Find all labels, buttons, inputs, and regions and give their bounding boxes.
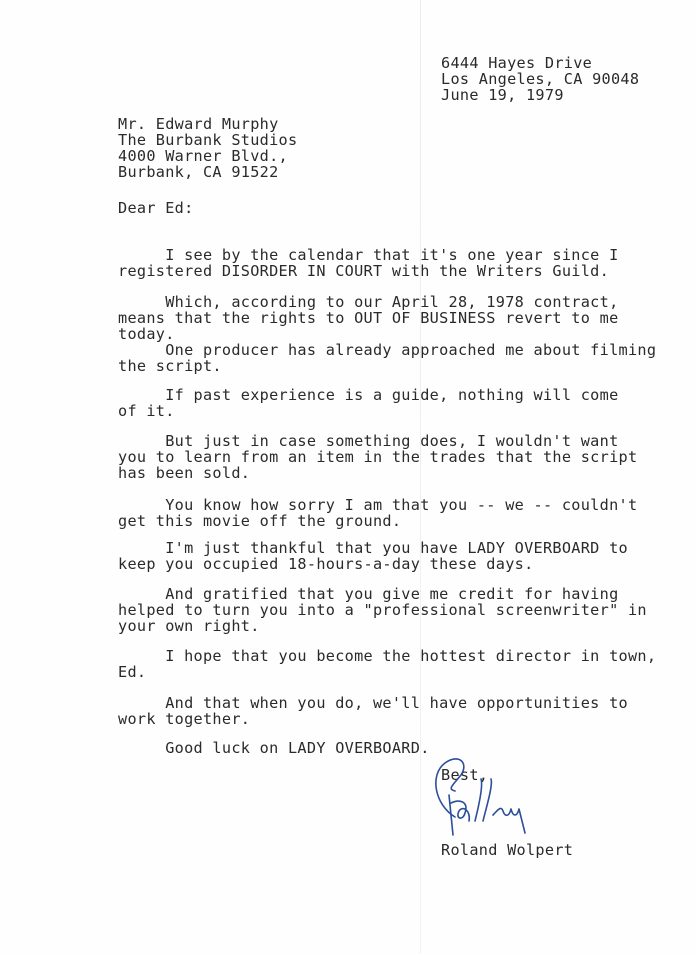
recipient-address: Mr. Edward Murphy The Burbank Studios 40… (118, 116, 297, 180)
paragraph-line: get this movie off the ground. (118, 513, 637, 529)
paragraph-line: And that when you do, we'll have opportu… (118, 695, 628, 711)
paragraph-line: Which, according to our April 28, 1978 c… (118, 294, 619, 310)
paragraph: If past experience is a guide, nothing w… (118, 387, 619, 419)
paragraph-line: registered DISORDER IN COURT with the Wr… (118, 263, 619, 279)
paragraph-line: I see by the calendar that it's one year… (118, 247, 619, 263)
paragraph-line: your own right. (118, 618, 647, 634)
paragraph-line: work together. (118, 711, 628, 727)
paragraph: Which, according to our April 28, 1978 c… (118, 294, 619, 342)
paragraph: And gratified that you give me credit fo… (118, 586, 647, 634)
paragraph-line: means that the rights to OUT OF BUSINESS… (118, 310, 619, 326)
paragraph-line: helped to turn you into a "professional … (118, 602, 647, 618)
paragraph: One producer has already approached me a… (118, 342, 656, 374)
paragraph: But just in case something does, I would… (118, 433, 637, 481)
paragraph-line: If past experience is a guide, nothing w… (118, 387, 619, 403)
paragraph-line: keep you occupied 18-hours-a-day these d… (118, 556, 628, 572)
paragraph: I'm just thankful that you have LADY OVE… (118, 540, 628, 572)
paragraph: I hope that you become the hottest direc… (118, 648, 656, 680)
recipient-company: The Burbank Studios (118, 132, 297, 148)
salutation: Dear Ed: (118, 200, 194, 216)
paragraph-line: I'm just thankful that you have LADY OVE… (118, 540, 628, 556)
paragraph-line: today. (118, 326, 619, 342)
recipient-street: 4000 Warner Blvd., (118, 148, 297, 164)
return-address-city: Los Angeles, CA 90048 (441, 71, 639, 87)
signature-name: Roland Wolpert (441, 842, 573, 858)
paragraph-line: Good luck on LADY OVERBOARD. (118, 740, 430, 756)
return-address: 6444 Hayes Drive Los Angeles, CA 90048 J… (441, 55, 639, 103)
paragraph-line: And gratified that you give me credit fo… (118, 586, 647, 602)
recipient-name: Mr. Edward Murphy (118, 116, 297, 132)
paragraph-line: of it. (118, 403, 619, 419)
paragraph-line: has been sold. (118, 465, 637, 481)
paragraph: And that when you do, we'll have opportu… (118, 695, 628, 727)
paragraph-line: Ed. (118, 664, 656, 680)
paragraph-line: You know how sorry I am that you -- we -… (118, 497, 637, 513)
paragraph-line: I hope that you become the hottest direc… (118, 648, 656, 664)
paragraph: Good luck on LADY OVERBOARD. (118, 740, 430, 756)
paragraph: I see by the calendar that it's one year… (118, 247, 619, 279)
return-address-street: 6444 Hayes Drive (441, 55, 639, 71)
paragraph: You know how sorry I am that you -- we -… (118, 497, 637, 529)
paragraph-line: the script. (118, 358, 656, 374)
letter-date: June 19, 1979 (441, 87, 639, 103)
paragraph-line: But just in case something does, I would… (118, 433, 637, 449)
paragraph-line: you to learn from an item in the trades … (118, 449, 637, 465)
closing: Best, (441, 767, 488, 783)
paragraph-line: One producer has already approached me a… (118, 342, 656, 358)
recipient-city: Burbank, CA 91522 (118, 164, 297, 180)
